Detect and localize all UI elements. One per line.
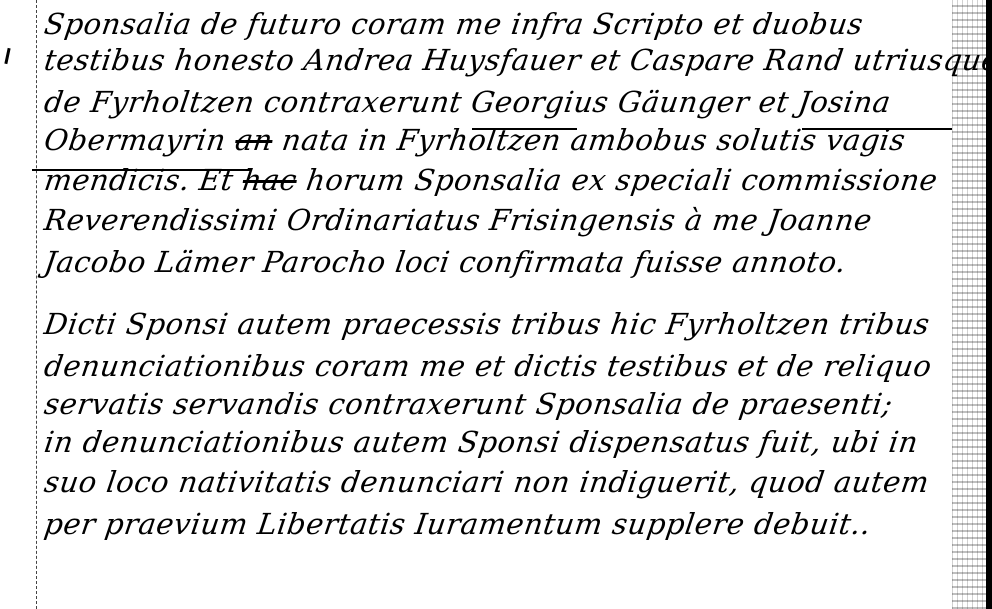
text-line-12: suo loco nativitatis denunciari non indi…	[42, 464, 932, 500]
text-line-6: Reverendissimi Ordinariatus Frisingensis…	[42, 202, 875, 238]
text-line-5-part-a: mendicis. Et	[42, 163, 245, 197]
text-line-3: de Fyrholtzen contraxerunt Georgius Gäun…	[42, 84, 893, 120]
bride-surname: Obermayrin	[42, 123, 238, 157]
text-line-4: Obermayrin an nata in Fyrholtzen ambobus…	[42, 122, 908, 158]
groom-surname: Gäunger	[616, 85, 752, 119]
text-line-5-part-c: horum Sponsalia ex speciali commissione	[294, 163, 939, 197]
text-line-3-part-a: de Fyrholtzen contraxerunt Georgius	[42, 85, 621, 119]
text-line-13: per praevium Libertatis Iuramentum suppl…	[42, 506, 873, 542]
text-line-1: Sponsalia de futuro coram me infra Scrip…	[42, 6, 866, 42]
struck-word: hac	[241, 163, 299, 197]
text-line-3-part-c: et Josina	[747, 85, 893, 119]
text-line-11: in denunciationibus autem Sponsi dispens…	[42, 424, 921, 460]
scan-edge	[952, 0, 992, 609]
manuscript-page: Sponsalia de futuro coram me infra Scrip…	[0, 0, 992, 609]
text-line-10: servatis servandis contraxerunt Sponsali…	[42, 386, 895, 422]
text-line-2: testibus honesto Andrea Huysfauer et Cas…	[42, 42, 992, 78]
text-line-8: Dicti Sponsi autem praecessis tribus hic…	[42, 306, 932, 342]
text-line-7: Jacobo Lämer Parocho loci confirmata fui…	[42, 244, 849, 280]
margin-rule	[36, 0, 37, 609]
text-line-5: mendicis. Et hac horum Sponsalia ex spec…	[42, 162, 940, 198]
margin-mark	[4, 48, 10, 64]
struck-word: an	[233, 123, 275, 157]
text-line-9: denunciationibus coram me et dictis test…	[42, 348, 934, 384]
text-line-4-part-c: nata in Fyrholtzen ambobus solutis vagis	[270, 123, 907, 157]
